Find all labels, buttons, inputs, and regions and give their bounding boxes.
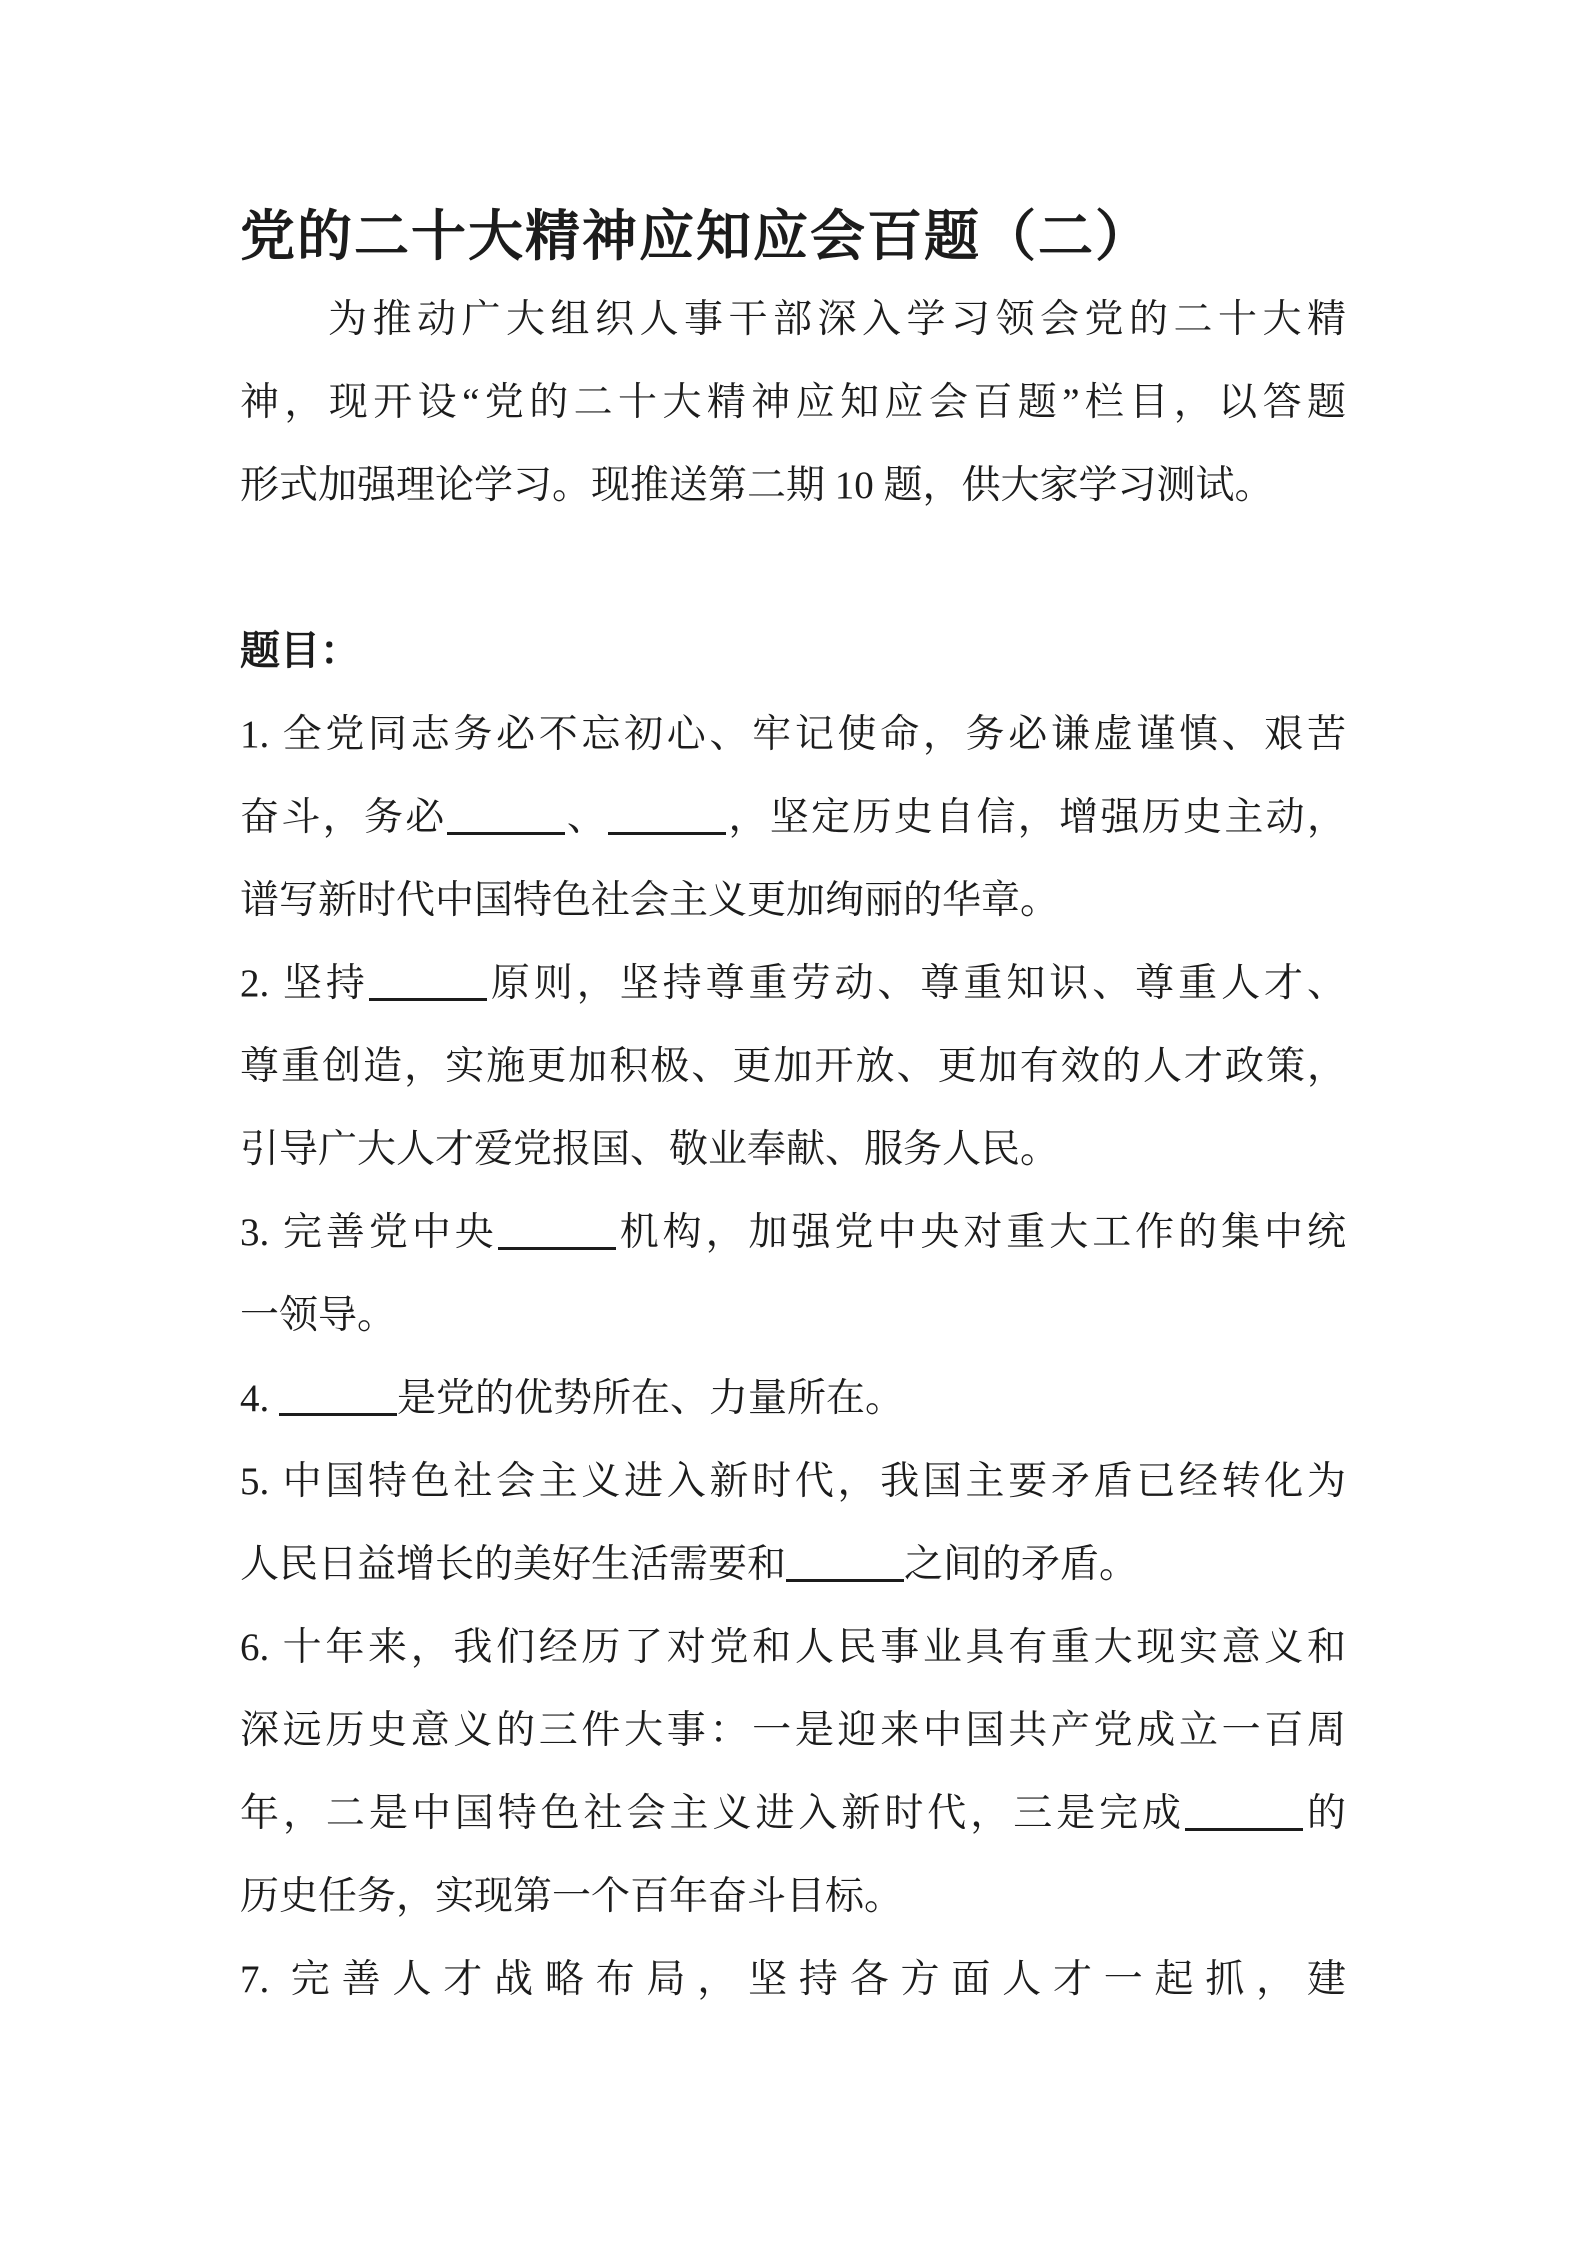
text-run: 谱写新时代中国特色社会主义更加绚丽的华章。	[240, 879, 1059, 922]
text-run: 4.	[240, 1377, 279, 1420]
text-run: 人民日益增长的美好生活需要和	[240, 1543, 786, 1586]
question-line: 历史任务，实现第一个百年奋斗目标。	[240, 1855, 1346, 1938]
question-line: 4. 是党的优势所在、力量所在。	[240, 1357, 1346, 1440]
text-run: 之间的矛盾。	[904, 1543, 1138, 1586]
fill-in-blank-underline	[498, 1212, 616, 1250]
text-run: 年，二是中国特色社会主义进入新时代，三是完成	[240, 1792, 1185, 1835]
text-run: 形式加强理论学习。现推送第二期 10 题，供大家学习测试。	[240, 464, 1274, 507]
text-run: 机构，加强党中央对重大工作的集中统	[616, 1211, 1346, 1254]
question-line: 7. 完善人才战略布局，坚持各方面人才一起抓，建	[240, 1938, 1346, 2021]
text-run: 的	[1303, 1792, 1346, 1835]
question-line: 谱写新时代中国特色社会主义更加绚丽的华章。	[240, 859, 1346, 942]
fill-in-blank-underline	[369, 963, 487, 1001]
document-page: 党的二十大精神应知应会百题（二）为推动广大组织人事干部深入学习领会党的二十大精神…	[0, 0, 1587, 2245]
text-run: 尊重创造，实施更加积极、更加开放、更加有效的人才政策，	[240, 1045, 1346, 1088]
text-run: 党的二十大精神应知应会百题（二）	[240, 206, 1152, 267]
fill-in-blank-underline	[1185, 1793, 1303, 1831]
text-run: 题目：	[240, 629, 360, 673]
text-run: 3. 完善党中央	[240, 1211, 498, 1254]
question-line: 5. 中国特色社会主义进入新时代，我国主要矛盾已经转化为	[240, 1440, 1346, 1523]
question-line: 尊重创造，实施更加积极、更加开放、更加有效的人才政策，	[240, 1025, 1346, 1108]
question-line: 6. 十年来，我们经历了对党和人民事业具有重大现实意义和	[240, 1606, 1346, 1689]
text-run: 一领导。	[240, 1294, 396, 1337]
text-run: 6. 十年来，我们经历了对党和人民事业具有重大现实意义和	[240, 1626, 1346, 1669]
question-line: 深远历史意义的三件大事：一是迎来中国共产党成立一百周	[240, 1689, 1346, 1772]
text-run: 5. 中国特色社会主义进入新时代，我国主要矛盾已经转化为	[240, 1460, 1346, 1503]
text-run: 是党的优势所在、力量所在。	[397, 1377, 904, 1420]
question-line: 3. 完善党中央机构，加强党中央对重大工作的集中统	[240, 1191, 1346, 1274]
fill-in-blank-underline	[279, 1378, 397, 1416]
question-line: 奋斗，务必、，坚定历史自信，增强历史主动，	[240, 776, 1346, 859]
text-run: 奋斗，务必	[240, 796, 447, 839]
text-run: 为推动广大组织人事干部深入学习领会党的二十大精	[328, 298, 1346, 341]
fill-in-blank-underline	[608, 797, 726, 835]
question-line: 1. 全党同志务必不忘初心、牢记使命，务必谦虚谨慎、艰苦	[240, 693, 1346, 776]
text-run: 2. 坚持	[240, 962, 369, 1005]
intro-line: 形式加强理论学习。现推送第二期 10 题，供大家学习测试。	[240, 444, 1346, 527]
intro-line: 为推动广大组织人事干部深入学习领会党的二十大精	[240, 278, 1346, 361]
empty-line	[240, 527, 1346, 610]
question-line: 一领导。	[240, 1274, 1346, 1357]
text-run: 引导广大人才爱党报国、敬业奉献、服务人民。	[240, 1128, 1059, 1171]
text-run: 7. 完善人才战略布局，坚持各方面人才一起抓，建	[240, 1958, 1346, 2001]
intro-line: 神，现开设“党的二十大精神应知应会百题”栏目，以答题	[240, 361, 1346, 444]
section-heading: 题目：	[240, 610, 1346, 693]
question-line: 2. 坚持原则，坚持尊重劳动、尊重知识、尊重人才、	[240, 942, 1346, 1025]
fill-in-blank-underline	[786, 1544, 904, 1582]
fill-in-blank-underline	[447, 797, 565, 835]
question-line: 引导广大人才爱党报国、敬业奉献、服务人民。	[240, 1108, 1346, 1191]
text-run: 、	[565, 796, 609, 839]
question-line: 年，二是中国特色社会主义进入新时代，三是完成的	[240, 1772, 1346, 1855]
text-run: 1. 全党同志务必不忘初心、牢记使命，务必谦虚谨慎、艰苦	[240, 713, 1346, 756]
page-title: 党的二十大精神应知应会百题（二）	[240, 195, 1346, 278]
document-content: 党的二十大精神应知应会百题（二）为推动广大组织人事干部深入学习领会党的二十大精神…	[240, 195, 1346, 2021]
text-run: 神，现开设“党的二十大精神应知应会百题”栏目，以答题	[240, 381, 1346, 424]
question-line: 人民日益增长的美好生活需要和之间的矛盾。	[240, 1523, 1346, 1606]
text-run: 历史任务，实现第一个百年奋斗目标。	[240, 1875, 903, 1918]
text-run: 原则，坚持尊重劳动、尊重知识、尊重人才、	[487, 962, 1346, 1005]
text-run: ，坚定历史自信，增强历史主动，	[726, 796, 1346, 839]
text-run: 深远历史意义的三件大事：一是迎来中国共产党成立一百周	[240, 1709, 1346, 1752]
